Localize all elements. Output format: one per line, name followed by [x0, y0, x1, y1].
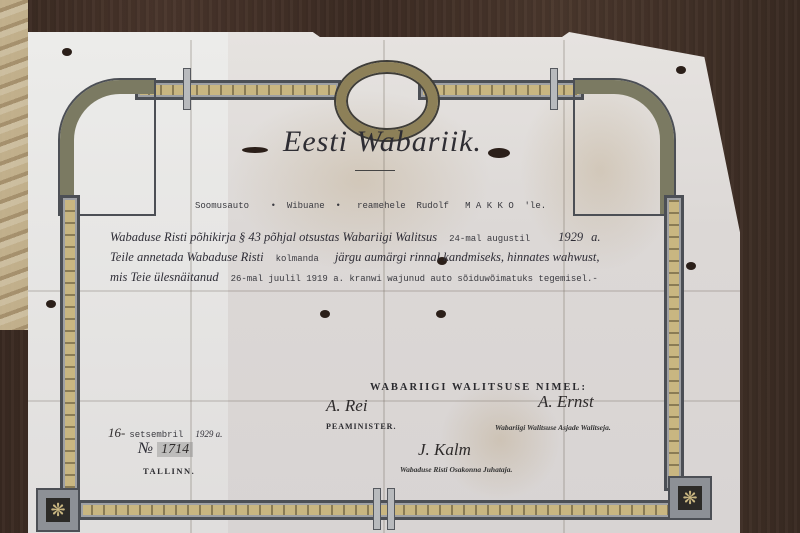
body-text: a. [591, 230, 600, 244]
issue-year: 1929 a. [195, 429, 222, 439]
issue-month: setsembril [129, 430, 183, 440]
fold-line [190, 40, 192, 533]
recipient-surname: M A K K O [465, 201, 514, 211]
border-top-left [135, 80, 341, 100]
department-head-signature: J. Kalm [418, 440, 471, 460]
recipient-rank: reamehele [357, 201, 406, 211]
title-separator [355, 170, 395, 171]
border-corner-top-right [575, 80, 674, 214]
body-line-3: mis Teie ülesnäitanud 26-mal juulil 1919… [110, 268, 598, 286]
border-corner-top-left [60, 80, 154, 214]
number-sign: № [138, 440, 153, 457]
issue-place: TALLINN. [143, 466, 195, 476]
border-top-right [418, 80, 584, 100]
number-value: 1714 [157, 442, 193, 457]
paper-hole [242, 147, 268, 153]
paper-hole [686, 262, 696, 270]
department-head-title: Wabaduse Risti Osakonna Juhataja. [400, 465, 512, 474]
rosette-icon: ❋ [46, 498, 70, 522]
paper-hole [320, 310, 330, 318]
paper-hole [488, 148, 510, 158]
border-clasp [387, 488, 395, 530]
separator: • [271, 201, 276, 211]
award-class: kolmanda [276, 254, 319, 264]
fold-line [28, 400, 740, 402]
rope-edge [0, 0, 28, 330]
body-text: Wabaduse Risti põhikirja § 43 põhjal ots… [110, 230, 437, 244]
body-text: järgu aumärgi rinnal kandmiseks, hinnate… [335, 250, 600, 264]
border-left [60, 195, 80, 501]
recipient-suffix: 'le. [525, 201, 547, 211]
state-secretary-title: Wabariigi Walitsuse Asjade Walitseja. [495, 423, 611, 432]
recipient-unit: Soomusauto [195, 201, 249, 211]
decision-date: 24-mal augustil [449, 234, 530, 244]
decision-year: 1929 [558, 230, 583, 244]
rosette-icon: ❋ [678, 486, 702, 510]
document-title: Eesti Wabariik. [283, 125, 482, 159]
prime-minister-signature: A. Rei [326, 396, 368, 416]
rosette-corner-bottom-left: ❋ [36, 488, 80, 532]
body-text: mis Teie ülesnäitanud [110, 270, 219, 284]
border-clasp [183, 68, 191, 110]
certificate-number: № 1714 [138, 440, 193, 458]
recipient-ship: Wibuane [287, 201, 325, 211]
recipient-name: Rudolf [417, 201, 449, 211]
paper-hole [436, 310, 446, 318]
fold-line [563, 40, 565, 533]
paper-hole [46, 300, 56, 308]
separator: • [335, 201, 340, 211]
body-line-2: Teile annetada Wabaduse Risti kolmanda j… [110, 248, 600, 266]
border-clasp [373, 488, 381, 530]
deed-description: 26-mal juulil 1919 a. kranwi wajunud aut… [231, 274, 598, 284]
recipient-line: Soomusauto • Wibuane • reamehele Rudolf … [195, 201, 546, 211]
prime-minister-title: PEAMINISTER. [326, 422, 396, 431]
body-line-1: Wabaduse Risti põhikirja § 43 põhjal ots… [110, 228, 601, 246]
body-text: Teile annetada Wabaduse Risti [110, 250, 264, 264]
paper-hole [62, 48, 72, 56]
border-clasp [550, 68, 558, 110]
border-right [664, 195, 684, 491]
state-secretary-signature: A. Ernst [538, 392, 594, 412]
issue-day: 16- [108, 425, 125, 440]
rosette-corner-bottom-right: ❋ [668, 476, 712, 520]
fold-line [28, 290, 740, 292]
paper-hole [676, 66, 686, 74]
